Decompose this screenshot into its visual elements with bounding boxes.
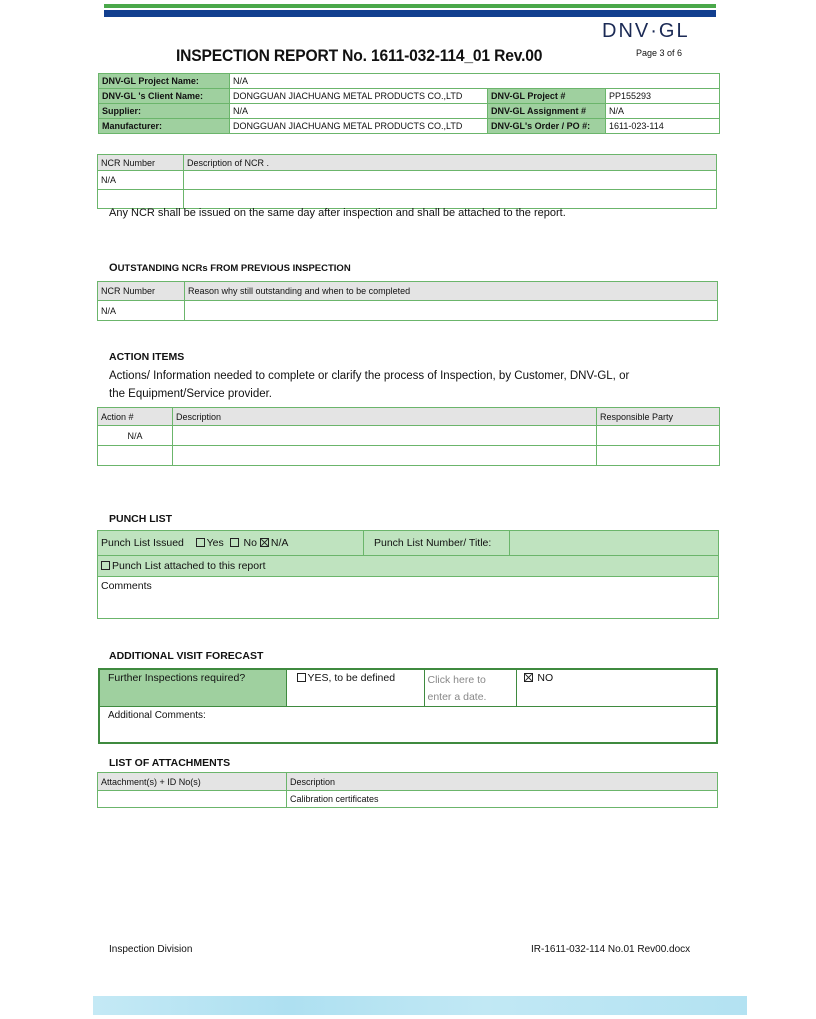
- footer-filename: IR-1611-032-114 No.01 Rev00.docx: [531, 944, 690, 955]
- info-value: N/A: [230, 74, 720, 89]
- no-option-cell: NO: [516, 669, 717, 707]
- info-row: Supplier: N/A DNV-GL Assignment # N/A: [99, 104, 720, 119]
- info-row: Manufacturer: DONGGUAN JIACHUANG METAL P…: [99, 119, 720, 134]
- info-label: Manufacturer:: [99, 119, 230, 134]
- header-green-bar: [104, 4, 716, 8]
- action-header-description: Description: [173, 408, 597, 426]
- punch-number-label: Punch List Number/ Title:: [364, 531, 510, 556]
- table-row: [98, 446, 720, 466]
- info-label: Supplier:: [99, 104, 230, 119]
- date-placeholder-line1: Click here to: [428, 672, 513, 689]
- checkbox-yes-defined[interactable]: [297, 673, 306, 682]
- table-row: N/A: [98, 301, 718, 321]
- info-label: DNV-GL Project #: [488, 89, 606, 104]
- action-description-cell: [173, 426, 597, 446]
- action-header-number: Action #: [98, 408, 173, 426]
- info-label: DNV-GL Project Name:: [99, 74, 230, 89]
- outstanding-reason-cell: [185, 301, 718, 321]
- ncr-header-number: NCR Number: [98, 155, 184, 171]
- visit-forecast-title: ADDITIONAL VISIT FORECAST: [109, 650, 263, 662]
- punch-list-table: Punch List Issued Yes No N/A Punch List …: [97, 530, 719, 619]
- action-items-title: ACTION ITEMS: [109, 351, 184, 363]
- scan-bottom-strip: [93, 996, 747, 1015]
- ncr-description-cell: [184, 171, 717, 190]
- action-items-desc-1: Actions/ Information needed to complete …: [109, 370, 629, 382]
- attachment-description-cell: Calibration certificates: [287, 791, 718, 808]
- additional-comments-label: Additional Comments:: [108, 710, 206, 721]
- ncr-number-cell: N/A: [98, 171, 184, 190]
- dnv-gl-logo: DNV·GL: [602, 20, 690, 43]
- header-blue-bar: [104, 10, 716, 17]
- attachments-table: Attachment(s) + ID No(s) Description Cal…: [97, 772, 718, 808]
- action-party-cell: [597, 446, 720, 466]
- ncr-note: Any NCR shall be issued on the same day …: [109, 207, 566, 219]
- yes-option-cell: YES, to be defined: [286, 669, 424, 707]
- punch-yes-label: Yes: [207, 537, 224, 549]
- attachments-header-row: Attachment(s) + ID No(s) Description: [98, 773, 718, 791]
- additional-comments-row: Additional Comments:: [99, 707, 717, 744]
- punch-comments-label: Comments: [101, 580, 152, 592]
- punch-attached-cell: Punch List attached to this report: [98, 556, 719, 577]
- info-value: DONGGUAN JIACHUANG METAL PRODUCTS CO.,LT…: [230, 119, 488, 134]
- report-title: INSPECTION REPORT No. 1611-032-114_01 Re…: [176, 46, 542, 66]
- attachments-header-id: Attachment(s) + ID No(s): [98, 773, 287, 791]
- punch-comments-field[interactable]: Comments: [98, 577, 719, 619]
- action-header-party: Responsible Party: [597, 408, 720, 426]
- ncr-header-description: Description of NCR .: [184, 155, 717, 171]
- action-items-table: Action # Description Responsible Party N…: [97, 407, 720, 466]
- visit-forecast-table: Further Inspections required? YES, to be…: [98, 668, 718, 744]
- project-info-table: DNV-GL Project Name: N/A DNV-GL 's Clien…: [98, 73, 720, 134]
- info-row: DNV-GL 's Client Name: DONGGUAN JIACHUAN…: [99, 89, 720, 104]
- info-value: 1611-023-114: [606, 119, 720, 134]
- checkbox-attached[interactable]: [101, 561, 110, 570]
- ncr-number-cell: [98, 190, 184, 209]
- visit-forecast-row: Further Inspections required? YES, to be…: [99, 669, 717, 707]
- ncr-header-row: NCR Number Description of NCR .: [98, 155, 717, 171]
- table-row: Calibration certificates: [98, 791, 718, 808]
- info-label: DNV-GL's Order / PO #:: [488, 119, 606, 134]
- no-option-label: NO: [537, 672, 553, 684]
- punch-list-title: PUNCH LIST: [109, 513, 172, 525]
- outstanding-header-reason: Reason why still outstanding and when to…: [185, 282, 718, 301]
- punch-comments-row: Comments: [98, 577, 719, 619]
- action-number-cell: [98, 446, 173, 466]
- outstanding-ncrs-title: OUTSTANDING NCRs FROM PREVIOUS INSPECTIO…: [109, 262, 351, 274]
- info-value: DONGGUAN JIACHUANG METAL PRODUCTS CO.,LT…: [230, 89, 488, 104]
- ncr-description-cell: [184, 190, 717, 209]
- attachments-title: LIST OF ATTACHMENTS: [109, 757, 230, 769]
- page-number: Page 3 of 6: [636, 48, 682, 58]
- yes-option-label: YES, to be defined: [308, 672, 396, 684]
- action-description-cell: [173, 446, 597, 466]
- info-row: DNV-GL Project Name: N/A: [99, 74, 720, 89]
- action-party-cell: [597, 426, 720, 446]
- footer-division: Inspection Division: [109, 944, 192, 955]
- punch-attached-row: Punch List attached to this report: [98, 556, 719, 577]
- attachments-header-description: Description: [287, 773, 718, 791]
- date-placeholder-line2: enter a date.: [428, 689, 513, 706]
- action-header-row: Action # Description Responsible Party: [98, 408, 720, 426]
- checkbox-no-checked[interactable]: [524, 673, 533, 682]
- info-value: N/A: [230, 104, 488, 119]
- outstanding-ncr-table: NCR Number Reason why still outstanding …: [97, 281, 718, 321]
- action-number-cell: N/A: [98, 426, 173, 446]
- punch-na-label: N/A: [271, 537, 289, 549]
- additional-comments-field[interactable]: Additional Comments:: [99, 707, 717, 744]
- info-value: N/A: [606, 104, 720, 119]
- punch-issued-cell: Punch List Issued Yes No N/A: [98, 531, 364, 556]
- info-label: DNV-GL Assignment #: [488, 104, 606, 119]
- table-row: N/A: [98, 426, 720, 446]
- ncr-table: NCR Number Description of NCR . N/A: [97, 154, 717, 209]
- info-value: PP155293: [606, 89, 720, 104]
- table-row: N/A: [98, 171, 717, 190]
- further-inspections-label: Further Inspections required?: [99, 669, 286, 707]
- punch-attached-label: Punch List attached to this report: [112, 560, 266, 572]
- action-items-desc-2: the Equipment/Service provider.: [109, 388, 272, 400]
- info-label: DNV-GL 's Client Name:: [99, 89, 230, 104]
- checkbox-no[interactable]: [230, 538, 239, 547]
- punch-issued-row: Punch List Issued Yes No N/A Punch List …: [98, 531, 719, 556]
- punch-number-input[interactable]: [510, 531, 719, 556]
- outstanding-number-cell: N/A: [98, 301, 185, 321]
- outstanding-header-row: NCR Number Reason why still outstanding …: [98, 282, 718, 301]
- punch-issued-label: Punch List Issued: [101, 537, 184, 549]
- punch-no-label: No: [244, 537, 257, 549]
- table-row: [98, 190, 717, 209]
- attachment-id-cell: [98, 791, 287, 808]
- checkbox-na-checked[interactable]: [260, 538, 269, 547]
- date-picker-field[interactable]: Click here to enter a date.: [424, 669, 516, 707]
- checkbox-yes[interactable]: [196, 538, 205, 547]
- outstanding-header-number: NCR Number: [98, 282, 185, 301]
